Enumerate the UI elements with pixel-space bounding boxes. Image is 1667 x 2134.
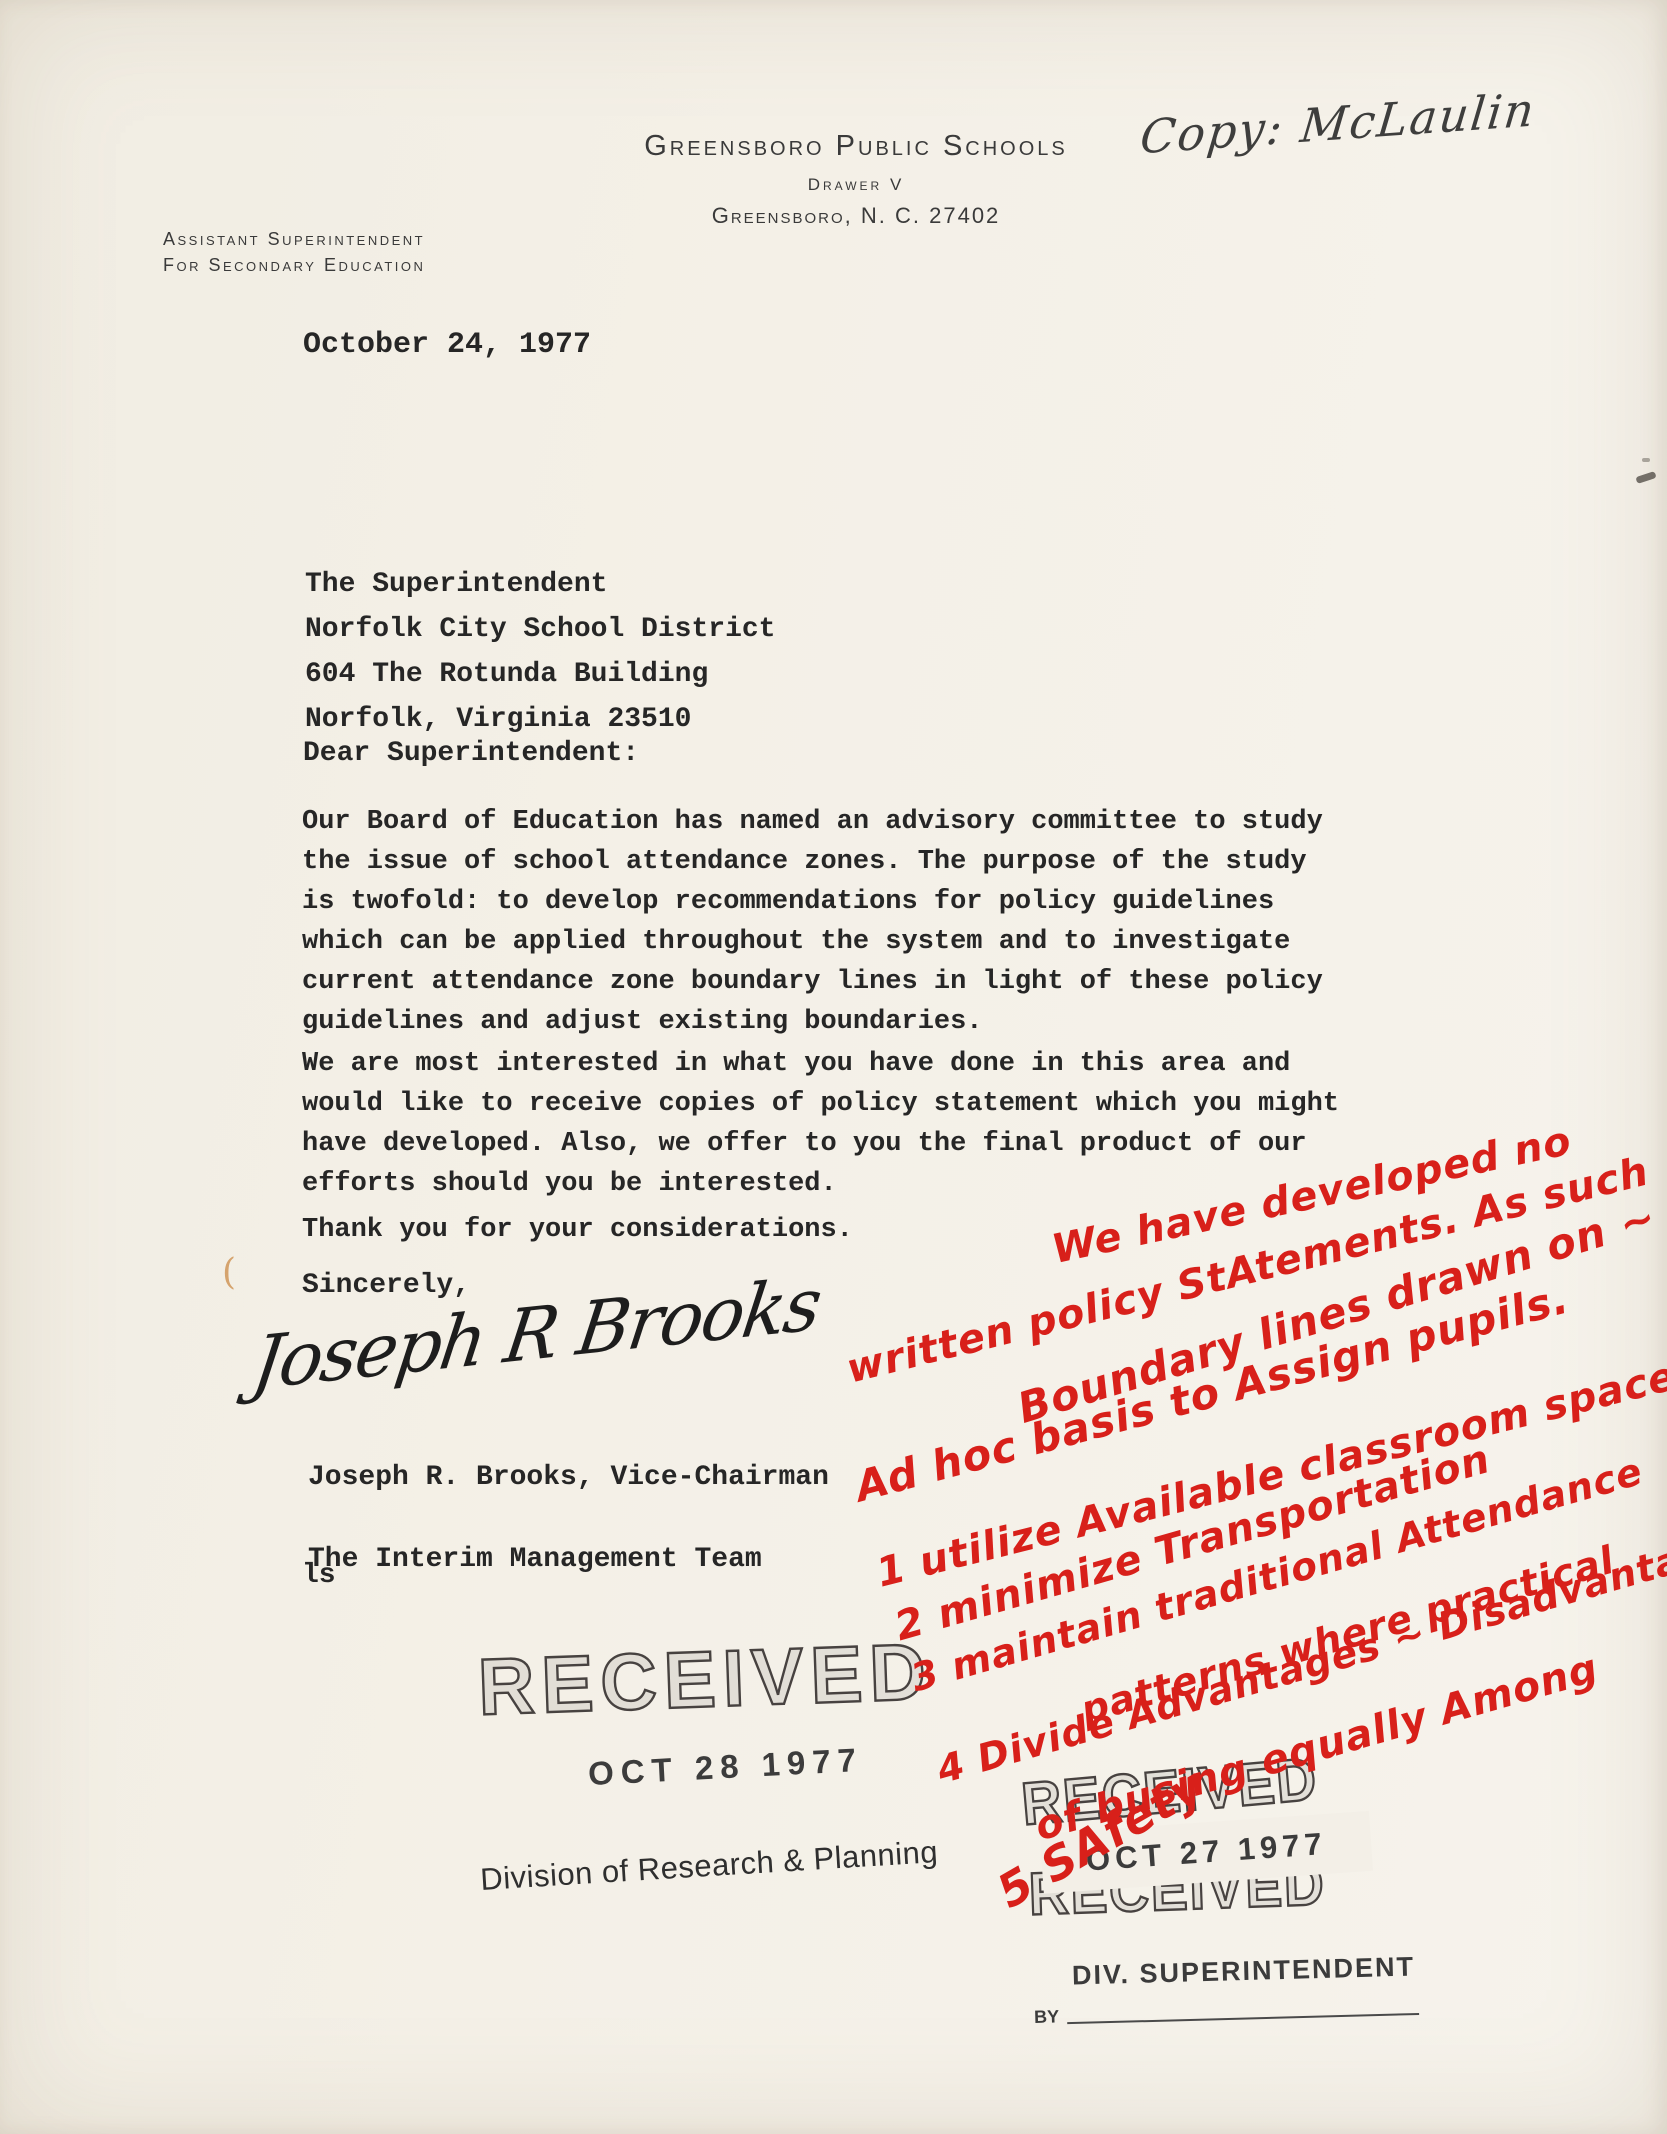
by-label: BY [1034, 2006, 1060, 2027]
scanned-letter-page: Greensboro Public Schools Drawer V Green… [0, 0, 1667, 2134]
body-paragraph-2: We are most interested in what you have … [302, 1044, 1339, 1204]
typist-initials: ls [302, 1560, 336, 1591]
date-line: October 24, 1977 [303, 328, 591, 362]
letterhead-drawer: Drawer V [556, 175, 1156, 195]
received-stamp-research: RECEIVED [477, 1625, 935, 1734]
sender-title-line1: Assistant Superintendent [163, 226, 425, 252]
signer-name: Joseph R. Brooks, Vice-Chairman [308, 1457, 829, 1498]
received-stamp-research-dept: Division of Research & Planning [479, 1834, 939, 1898]
letterhead-city: Greensboro, N. C. 27402 [556, 203, 1156, 229]
sender-block: Assistant Superintendent For Secondary E… [163, 226, 425, 278]
closing-sincerely: Sincerely, [302, 1270, 470, 1301]
signer-org: The Interim Management Team [308, 1539, 829, 1580]
by-signature-rule [1067, 2013, 1419, 2024]
received-stamp-research-date: OCT 28 1977 [587, 1741, 864, 1793]
stray-ink-speck [1642, 458, 1650, 462]
handwritten-copy-note: Copy: McLaulin [1138, 74, 1662, 165]
body-paragraph-3: Thank you for your considerations. [302, 1210, 853, 1250]
salutation: Dear Superintendent: [303, 738, 639, 769]
sender-title-line2: For Secondary Education [163, 252, 425, 278]
body-paragraph-1: Our Board of Education has named an advi… [302, 802, 1323, 1042]
stray-paren-mark: ( [222, 1252, 236, 1293]
signer-block: Joseph R. Brooks, Vice-Chairman The Inte… [308, 1416, 829, 1621]
stray-ink-smudge [1635, 471, 1656, 484]
letterhead-org: Greensboro Public Schools [556, 130, 1156, 163]
recipient-address: The Superintendent Norfolk City School D… [305, 562, 775, 742]
letterhead: Greensboro Public Schools Drawer V Green… [556, 130, 1156, 229]
received-stamp-by-line: BY [1034, 1997, 1419, 2028]
